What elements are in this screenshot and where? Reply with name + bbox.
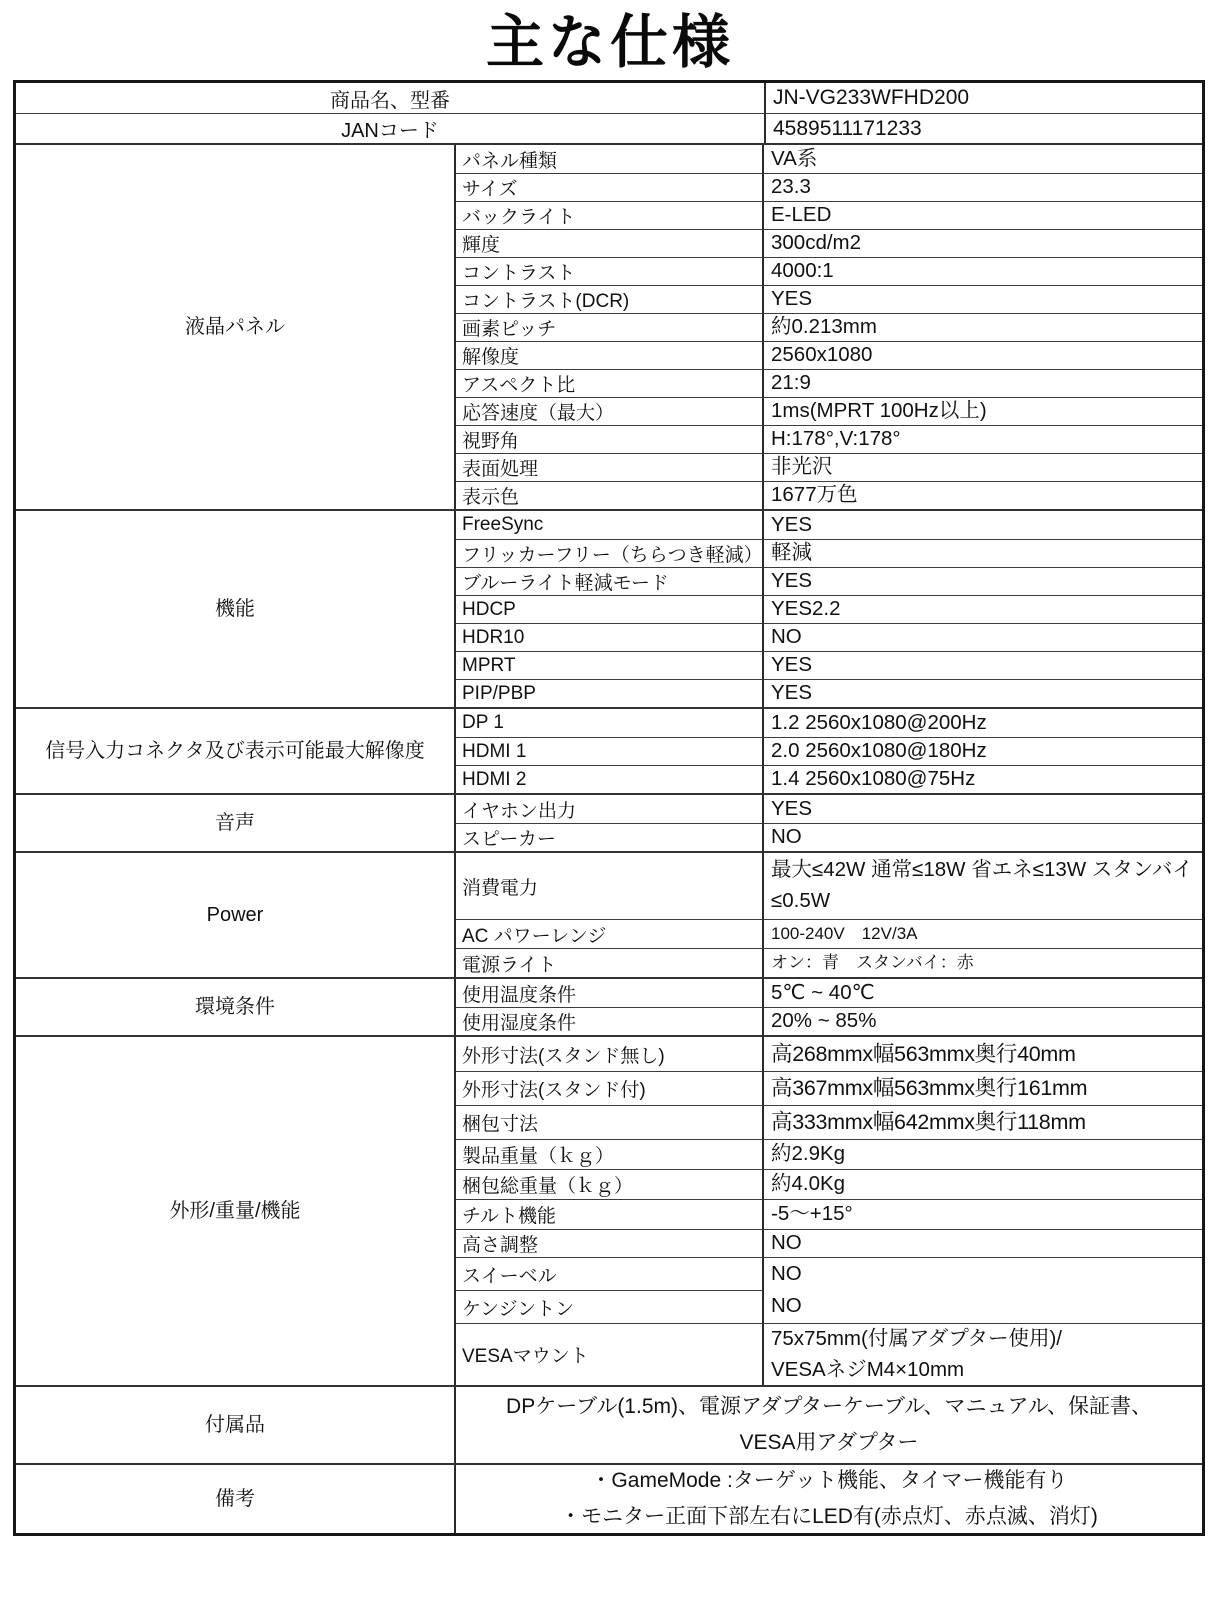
spec-row: サイズ23.3 (456, 173, 1202, 201)
spec-row: スピーカーNO (456, 823, 1202, 851)
section-rows: DP 11.2 2560x1080@200HzHDMI 12.0 2560x10… (456, 709, 1202, 793)
property-cell: AC パワーレンジ (456, 919, 764, 948)
value-cell: 約2.9Kg (764, 1139, 1202, 1169)
header-label-cell: JANコード (16, 113, 766, 143)
spec-row: イヤホン出力YES (456, 795, 1202, 823)
property-cell: スイーベル (456, 1257, 764, 1290)
spec-row: 梱包総重量（ｋｇ）約4.0Kg (456, 1169, 1202, 1199)
spec-row: 解像度2560x1080 (456, 341, 1202, 369)
value-cell: YES (764, 651, 1202, 679)
value-cell: NO (764, 1257, 1202, 1290)
property-cell: 使用湿度条件 (456, 1007, 764, 1035)
property-cell: ケンジントン (456, 1290, 764, 1323)
value-cell: 最大≤42W 通常≤18W 省エネ≤13W スタンバイ≤0.5W (764, 853, 1202, 919)
property-cell: 高さ調整 (456, 1229, 764, 1257)
spec-row: パネル種類VA系 (456, 145, 1202, 173)
spec-row: 電源ライトオン：青 スタンバイ：赤 (456, 948, 1202, 977)
spec-row: フリッカーフリー（ちらつき軽減）軽減 (456, 539, 1202, 567)
value-cell: 23.3 (764, 173, 1202, 201)
property-cell: 表面処理 (456, 453, 764, 481)
value-cell: E-LED (764, 201, 1202, 229)
value-cell: NO (764, 823, 1202, 851)
spec-row: HDCPYES2.2 (456, 595, 1202, 623)
value-cell: NO (764, 623, 1202, 651)
property-cell: HDCP (456, 595, 764, 623)
section: 音声イヤホン出力YESスピーカーNO (16, 793, 1202, 851)
spec-row: 外形寸法(スタンド無し)高268mmx幅563mmx奥行40mm (456, 1037, 1202, 1071)
section: 信号入力コネクタ及び表示可能最大解像度DP 11.2 2560x1080@200… (16, 707, 1202, 793)
property-cell: チルト機能 (456, 1199, 764, 1229)
value-cell: 非光沢 (764, 453, 1202, 481)
spec-row: 消費電力最大≤42W 通常≤18W 省エネ≤13W スタンバイ≤0.5W (456, 853, 1202, 919)
property-cell: ブルーライト軽減モード (456, 567, 764, 595)
value-cell: YES (764, 511, 1202, 539)
spec-row: コントラスト(DCR)YES (456, 285, 1202, 313)
property-cell: MPRT (456, 651, 764, 679)
spec-row: AC パワーレンジ100-240V 12V/3A (456, 919, 1202, 948)
value-cell: 軽減 (764, 539, 1202, 567)
property-cell: コントラスト(DCR) (456, 285, 764, 313)
property-cell: 梱包寸法 (456, 1105, 764, 1139)
value-cell: YES (764, 795, 1202, 823)
spec-row: 視野角H:178°,V:178° (456, 425, 1202, 453)
section: 液晶パネルパネル種類VA系サイズ23.3バックライトE-LED輝度300cd/m… (16, 143, 1202, 509)
section: 環境条件使用温度条件5℃ ~ 40℃使用湿度条件20% ~ 85% (16, 977, 1202, 1035)
value-cell: 1.2 2560x1080@200Hz (764, 709, 1202, 737)
property-cell: DP 1 (456, 709, 764, 737)
spec-row: スイーベルNO (456, 1257, 1202, 1290)
spec-row: HDMI 12.0 2560x1080@180Hz (456, 737, 1202, 765)
property-cell: アスペクト比 (456, 369, 764, 397)
property-cell: HDMI 1 (456, 737, 764, 765)
property-cell: HDMI 2 (456, 765, 764, 793)
value-cell: 約4.0Kg (764, 1169, 1202, 1199)
property-cell: コントラスト (456, 257, 764, 285)
spec-row: VESAマウント75x75mm(付属アダプター使用)/ VESAネジM4×10m… (456, 1323, 1202, 1385)
value-cell: オン：青 スタンバイ：赤 (764, 948, 1202, 977)
spec-row: PIP/PBPYES (456, 679, 1202, 707)
section-label-cell: 外形/重量/機能 (16, 1037, 456, 1385)
spec-row: アスペクト比21:9 (456, 369, 1202, 397)
value-cell: 2.0 2560x1080@180Hz (764, 737, 1202, 765)
section: 機能FreeSyncYESフリッカーフリー（ちらつき軽減）軽減ブルーライト軽減モ… (16, 509, 1202, 707)
property-cell: 外形寸法(スタンド無し) (456, 1037, 764, 1071)
section: 付属品DPケーブル(1.5m)、電源アダプターケーブル、マニュアル、保証書、 V… (16, 1385, 1202, 1463)
spec-row: 使用温度条件5℃ ~ 40℃ (456, 979, 1202, 1007)
value-cell: NO (764, 1290, 1202, 1323)
section: 備考・GameMode :ターゲット機能、タイマー機能有り ・モニター正面下部左… (16, 1463, 1202, 1533)
value-cell: NO (764, 1229, 1202, 1257)
section: Power消費電力最大≤42W 通常≤18W 省エネ≤13W スタンバイ≤0.5… (16, 851, 1202, 977)
property-cell: 応答速度（最大） (456, 397, 764, 425)
section-rows: 使用温度条件5℃ ~ 40℃使用湿度条件20% ~ 85% (456, 979, 1202, 1035)
spec-row: DP 11.2 2560x1080@200Hz (456, 709, 1202, 737)
value-cell: 1677万色 (764, 481, 1202, 509)
value-cell: 約0.213mm (764, 313, 1202, 341)
property-cell: サイズ (456, 173, 764, 201)
section-full-value-cell: ・GameMode :ターゲット機能、タイマー機能有り ・モニター正面下部左右に… (456, 1465, 1202, 1533)
value-cell: 300cd/m2 (764, 229, 1202, 257)
property-cell: 画素ピッチ (456, 313, 764, 341)
value-cell: VA系 (764, 145, 1202, 173)
spec-row: 表示色1677万色 (456, 481, 1202, 509)
spec-sheet-page: 主な仕様 商品名、型番JN-VG233WFHD200JANコード45895111… (0, 0, 1220, 1600)
spec-row: 梱包寸法高333mmx幅642mmx奥行118mm (456, 1105, 1202, 1139)
value-cell: 高333mmx幅642mmx奥行118mm (764, 1105, 1202, 1139)
section-label-cell: 機能 (16, 511, 456, 707)
spec-table: 商品名、型番JN-VG233WFHD200JANコード4589511171233… (13, 80, 1205, 1536)
value-cell: 高268mmx幅563mmx奥行40mm (764, 1037, 1202, 1071)
property-cell: HDR10 (456, 623, 764, 651)
property-cell: 製品重量（ｋｇ） (456, 1139, 764, 1169)
value-cell: 1ms(MPRT 100Hz以上) (764, 397, 1202, 425)
section-rows: パネル種類VA系サイズ23.3バックライトE-LED輝度300cd/m2コントラ… (456, 145, 1202, 509)
spec-row: 高さ調整NO (456, 1229, 1202, 1257)
spec-row: FreeSyncYES (456, 511, 1202, 539)
value-cell: YES (764, 679, 1202, 707)
value-cell: 5℃ ~ 40℃ (764, 979, 1202, 1007)
spec-row: 輝度300cd/m2 (456, 229, 1202, 257)
page-title: 主な仕様 (0, 0, 1220, 80)
property-cell: FreeSync (456, 511, 764, 539)
property-cell: フリッカーフリー（ちらつき軽減） (456, 539, 764, 567)
section-full-value-cell: DPケーブル(1.5m)、電源アダプターケーブル、マニュアル、保証書、 VESA… (456, 1387, 1202, 1463)
value-cell: 20% ~ 85% (764, 1007, 1202, 1035)
header-row: JANコード4589511171233 (16, 113, 1202, 143)
spec-row: チルト機能-5～+15° (456, 1199, 1202, 1229)
property-cell: 消費電力 (456, 853, 764, 919)
section-rows: 外形寸法(スタンド無し)高268mmx幅563mmx奥行40mm外形寸法(スタン… (456, 1037, 1202, 1385)
section-label-cell: Power (16, 853, 456, 977)
spec-row: 画素ピッチ約0.213mm (456, 313, 1202, 341)
property-cell: VESAマウント (456, 1323, 764, 1385)
property-cell: イヤホン出力 (456, 795, 764, 823)
section-label-cell: 液晶パネル (16, 145, 456, 509)
section-label-cell: 環境条件 (16, 979, 456, 1035)
spec-row: コントラスト4000:1 (456, 257, 1202, 285)
property-cell: パネル種類 (456, 145, 764, 173)
spec-row: バックライトE-LED (456, 201, 1202, 229)
value-cell: 1.4 2560x1080@75Hz (764, 765, 1202, 793)
spec-row: 応答速度（最大）1ms(MPRT 100Hz以上) (456, 397, 1202, 425)
property-cell: 表示色 (456, 481, 764, 509)
value-cell: 100-240V 12V/3A (764, 919, 1202, 948)
section-rows: イヤホン出力YESスピーカーNO (456, 795, 1202, 851)
section-label-cell: 音声 (16, 795, 456, 851)
value-cell: H:178°,V:178° (764, 425, 1202, 453)
header-label-cell: 商品名、型番 (16, 83, 766, 113)
property-cell: 外形寸法(スタンド付) (456, 1071, 764, 1105)
value-cell: 高367mmx幅563mmx奥行161mm (764, 1071, 1202, 1105)
value-cell: -5～+15° (764, 1199, 1202, 1229)
property-cell: 解像度 (456, 341, 764, 369)
value-cell: YES (764, 285, 1202, 313)
property-cell: 輝度 (456, 229, 764, 257)
spec-row: 使用湿度条件20% ~ 85% (456, 1007, 1202, 1035)
property-cell: PIP/PBP (456, 679, 764, 707)
property-cell: 視野角 (456, 425, 764, 453)
value-cell: YES2.2 (764, 595, 1202, 623)
spec-row: MPRTYES (456, 651, 1202, 679)
section-label-cell: 付属品 (16, 1387, 456, 1463)
value-cell: 21:9 (764, 369, 1202, 397)
spec-row: 表面処理非光沢 (456, 453, 1202, 481)
section-rows: FreeSyncYESフリッカーフリー（ちらつき軽減）軽減ブルーライト軽減モード… (456, 511, 1202, 707)
header-value-cell: 4589511171233 (766, 113, 1202, 143)
spec-row: ブルーライト軽減モードYES (456, 567, 1202, 595)
section: 外形/重量/機能外形寸法(スタンド無し)高268mmx幅563mmx奥行40mm… (16, 1035, 1202, 1385)
spec-row: ケンジントンNO (456, 1290, 1202, 1323)
header-value-cell: JN-VG233WFHD200 (766, 83, 1202, 113)
section-label-cell: 備考 (16, 1465, 456, 1533)
property-cell: 電源ライト (456, 948, 764, 977)
value-cell: YES (764, 567, 1202, 595)
spec-row: HDR10NO (456, 623, 1202, 651)
section-rows: 消費電力最大≤42W 通常≤18W 省エネ≤13W スタンバイ≤0.5WAC パ… (456, 853, 1202, 977)
spec-row: 外形寸法(スタンド付)高367mmx幅563mmx奥行161mm (456, 1071, 1202, 1105)
section-label-cell: 信号入力コネクタ及び表示可能最大解像度 (16, 709, 456, 793)
property-cell: バックライト (456, 201, 764, 229)
property-cell: 梱包総重量（ｋｇ） (456, 1169, 764, 1199)
property-cell: スピーカー (456, 823, 764, 851)
value-cell: 2560x1080 (764, 341, 1202, 369)
header-row: 商品名、型番JN-VG233WFHD200 (16, 83, 1202, 113)
property-cell: 使用温度条件 (456, 979, 764, 1007)
value-cell: 75x75mm(付属アダプター使用)/ VESAネジM4×10mm (764, 1323, 1202, 1385)
spec-row: 製品重量（ｋｇ）約2.9Kg (456, 1139, 1202, 1169)
spec-row: HDMI 21.4 2560x1080@75Hz (456, 765, 1202, 793)
value-cell: 4000:1 (764, 257, 1202, 285)
